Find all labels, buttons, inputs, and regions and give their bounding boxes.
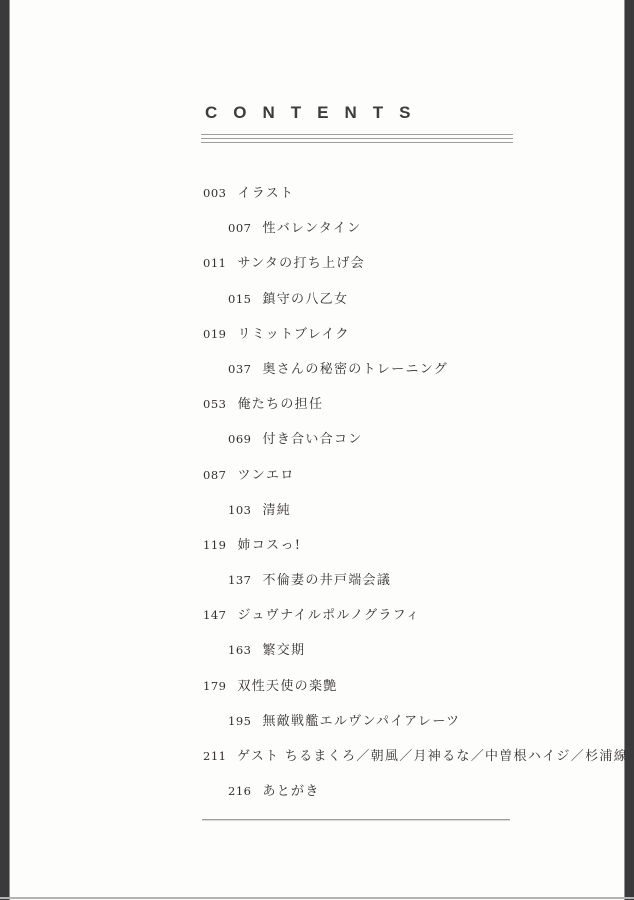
- toc-title: ツンエロ: [237, 467, 294, 484]
- contents-page: CONTENTS 003 イラスト 007 性バレンタイン 011 サンタの打ち…: [0, 0, 634, 900]
- toc-page-number: 163: [228, 642, 251, 659]
- toc-entry: 007 性バレンタイン: [228, 220, 543, 237]
- toc-entry: 003 イラスト: [203, 185, 543, 202]
- toc-page-number: 211: [203, 748, 226, 765]
- toc-page-number: 007: [228, 220, 251, 237]
- toc-page-number: 103: [228, 502, 251, 519]
- toc-title: 無敵戦艦エルヴンパイアレーツ: [262, 713, 460, 730]
- toc-entry: 147 ジュヴナイルポルノグラフィ: [203, 607, 543, 624]
- toc-page-number: 179: [203, 678, 226, 695]
- toc-page-number: 119: [203, 537, 226, 554]
- footer-rule: [202, 819, 510, 820]
- toc-page-number: 003: [203, 185, 226, 202]
- toc-entry: 179 双性天使の楽艶: [203, 678, 543, 695]
- toc-title: 双性天使の楽艶: [237, 678, 337, 695]
- toc-page-number: 019: [203, 326, 226, 343]
- toc-page-number: 137: [228, 572, 251, 589]
- toc-title: 姉コスっ!: [237, 537, 301, 554]
- header-triple-rule: [201, 134, 513, 143]
- toc-entry: 011 サンタの打ち上げ会: [203, 255, 543, 272]
- toc-entry: 163 繁交期: [228, 642, 543, 659]
- toc-page-number: 147: [203, 607, 226, 624]
- toc-page-number: 216: [228, 783, 251, 800]
- toc-entry: 015 鎮守の八乙女: [228, 291, 543, 308]
- toc-title: イラスト: [237, 185, 294, 202]
- toc-title: 鎮守の八乙女: [262, 291, 348, 308]
- toc-title: 性バレンタイン: [262, 220, 361, 237]
- toc-page-number: 087: [203, 467, 226, 484]
- rule-line: [201, 138, 513, 139]
- rule-line: [201, 142, 513, 143]
- toc-page-number: 037: [228, 361, 251, 378]
- toc-entry: 019 リミットブレイク: [203, 326, 543, 343]
- toc-entry: 103 清純: [228, 502, 543, 519]
- toc-entry: 119 姉コスっ!: [203, 537, 543, 554]
- toc-entry: 037 奥さんの秘密のトレーニング: [228, 361, 543, 378]
- toc-entry: 216 あとがき: [228, 783, 543, 800]
- toc-title: 俺たちの担任: [237, 396, 323, 413]
- toc-title: あとがき: [262, 783, 319, 800]
- toc-page-number: 015: [228, 291, 251, 308]
- toc-title: 清純: [262, 502, 291, 519]
- toc-entry: 211 ゲスト ちるまくろ／朝風／月神るな／中曽根ハイジ／杉浦線: [203, 748, 543, 765]
- toc-page-number: 053: [203, 396, 226, 413]
- page-title: CONTENTS: [205, 103, 427, 123]
- toc-page-number: 069: [228, 431, 251, 448]
- toc-title: リミットブレイク: [237, 326, 349, 343]
- toc-entry: 087 ツンエロ: [203, 467, 543, 484]
- toc-title: 繁交期: [262, 642, 305, 659]
- toc-list: 003 イラスト 007 性バレンタイン 011 サンタの打ち上げ会 015 鎮…: [203, 185, 543, 800]
- toc-title: 奥さんの秘密のトレーニング: [262, 361, 448, 378]
- toc-entry: 137 不倫妻の井戸端会議: [228, 572, 543, 589]
- right-page-edge: [624, 0, 634, 900]
- toc-entry: 195 無敵戦艦エルヴンパイアレーツ: [228, 713, 543, 730]
- toc-page-number: 011: [203, 255, 226, 272]
- toc-title: 不倫妻の井戸端会議: [262, 572, 391, 589]
- toc-title: ジュヴナイルポルノグラフィ: [237, 607, 420, 624]
- toc-entry: 053 俺たちの担任: [203, 396, 543, 413]
- toc-entry: 069 付き合い合コン: [228, 431, 543, 448]
- toc-title: 付き合い合コン: [262, 431, 362, 448]
- rule-line: [201, 134, 513, 135]
- toc-title: ゲスト ちるまくろ／朝風／月神るな／中曽根ハイジ／杉浦線: [237, 748, 628, 765]
- left-page-edge: [0, 0, 10, 900]
- bottom-page-edge: [0, 897, 634, 899]
- toc-page-number: 195: [228, 713, 251, 730]
- toc-title: サンタの打ち上げ会: [237, 255, 365, 272]
